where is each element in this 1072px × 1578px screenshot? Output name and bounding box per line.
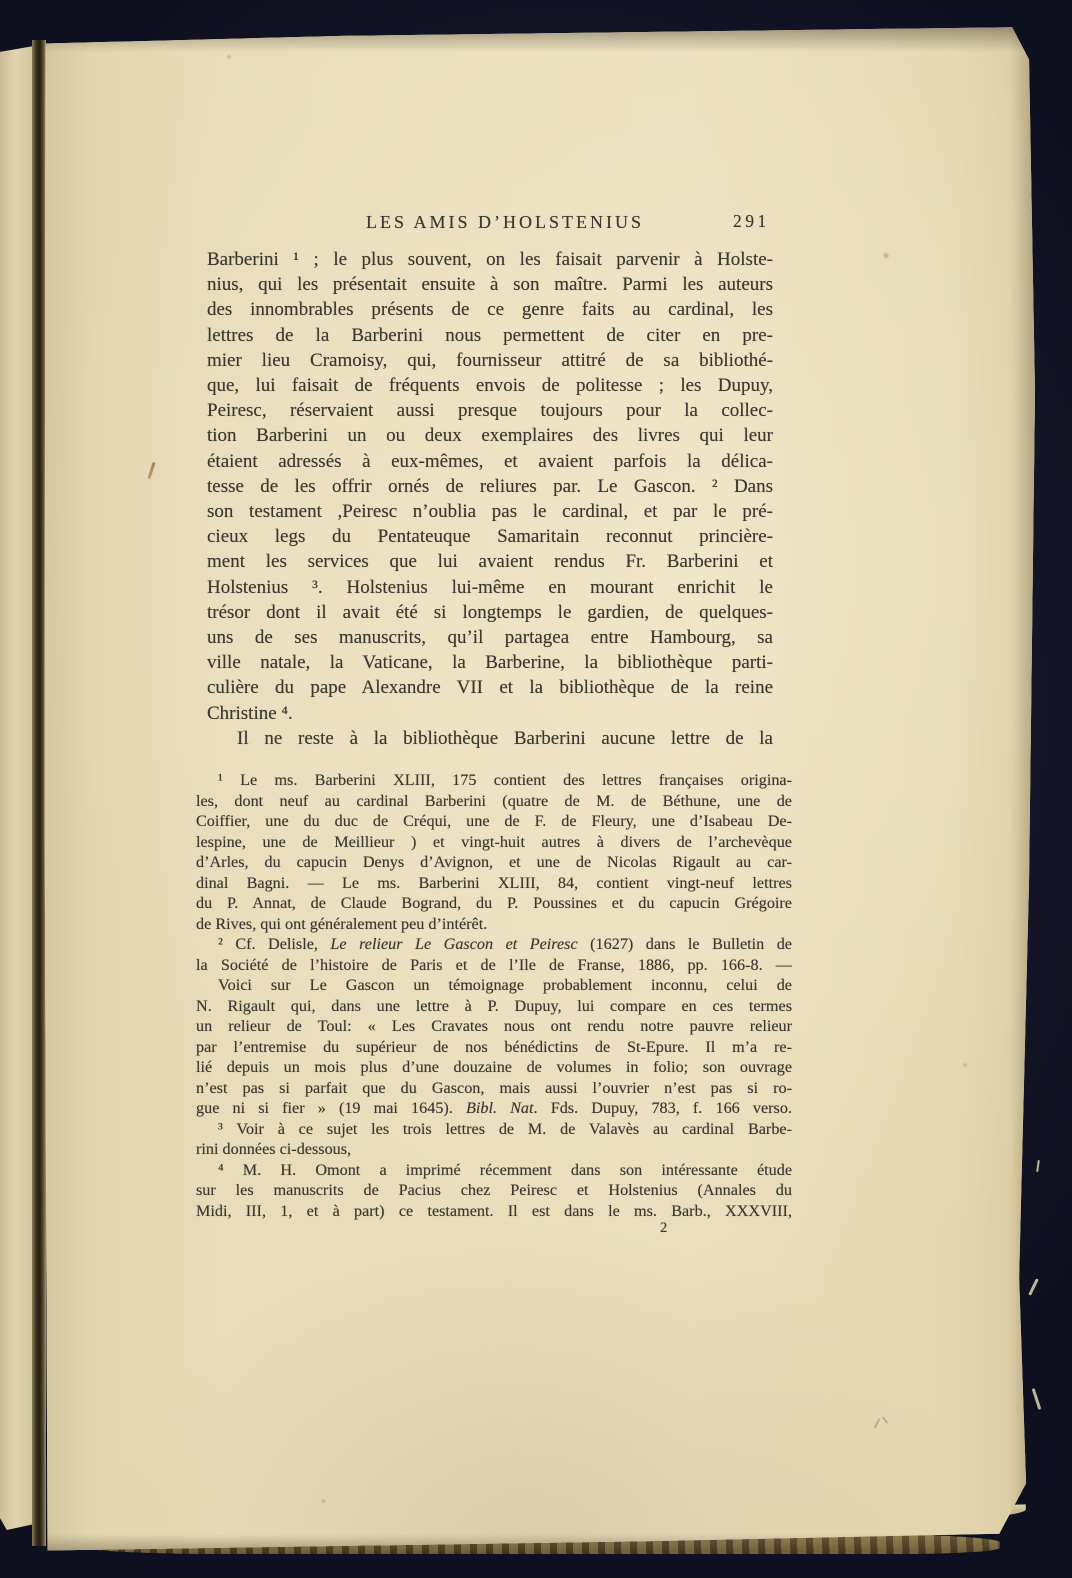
text-segment: (1627) dans le Bulletin de [578,935,792,953]
paragraph-continuation: Barberini ¹ ; le plus souvent, on les fa… [207,247,773,726]
signature-mark: 2 [660,1220,667,1237]
text-line: Barberini ¹ ; le plus souvent, on les fa… [207,247,773,272]
foxing-spot [320,1498,327,1504]
running-header-title: LES AMIS D’HOLSTENIUS [366,212,644,233]
foxing-spot [962,1062,968,1068]
page-fore-edge-shadow [1010,26,1036,1552]
foxing-spot [226,54,232,60]
text-line: ¹ Le ms. Barberini XLIII, 175 contient d… [196,770,792,791]
italic-text: Bibl. Nat [466,1099,534,1117]
text-line: mier lieu Cramoisy, qui, fournisseur att… [207,348,773,373]
footnote-4: ⁴ M. H. Omont a imprimé récemment dans s… [196,1160,792,1222]
footnote-1: ¹ Le ms. Barberini XLIII, 175 contient d… [196,770,792,934]
footnote-3: ³ Voir à ce sujet les trois lettres de M… [196,1119,792,1160]
text-line: n’est pas si parfait que du Gascon, mais… [196,1078,792,1099]
text-line: étaient adressés à eux-mêmes, et avaient… [207,449,773,474]
text-line: tesse de les offrir ornés de reliures pa… [207,474,773,499]
text-line: N. Rigault qui, dans une lettre à P. Dup… [196,996,792,1017]
text-line: d’Arles, du capucin Denys d’Avignon, et … [196,852,792,873]
text-line: son testament ,Peiresc n’oublia pas le c… [207,499,773,524]
footnote-2: ² Cf. Delisle, Le relieur Le Gascon et P… [196,934,792,1119]
text-line: rini données ci-dessous, [196,1139,792,1160]
text-segment: . Fds. Dupuy, 783, f. 166 verso. [534,1099,792,1117]
text-line: tion Barberini un ou deux exemplaires de… [207,423,773,448]
text-line: Peiresc, réservaient aussi presque toujo… [207,398,773,423]
text-line: culière du pape Alexandre VII et la bibl… [207,675,773,700]
text-line: Coiffier, une du duc de Créqui, une de F… [196,811,792,832]
text-line: nius, qui les présentait ensuite à son m… [207,272,773,297]
text-line: dinal Bagni. — Le ms. Barberini XLIII, 8… [196,873,792,894]
text-line: que, lui faisait de fréquents envois de … [207,373,773,398]
text-line: les, dont neuf au cardinal Barberini (qu… [196,791,792,812]
text-line: ment les services que lui avaient rendus… [207,549,773,574]
text-line: lettres de la Barberini nous permettent … [207,323,773,348]
text-line: gue ni si fier » (19 mai 1645). Bibl. Na… [196,1098,792,1119]
text-line: Midi, III, 1, et à part) ce testament. I… [196,1201,792,1222]
paper-fiber [1036,1160,1040,1172]
page-top-shadow [44,26,1036,52]
text-line: uns de ses manuscrits, qu’il partagea en… [207,625,773,650]
text-line: Voici sur Le Gascon un témoignage probab… [196,975,792,996]
text-segment: ² Cf. Delisle, [218,935,330,953]
text-line: ⁴ M. H. Omont a imprimé récemment dans s… [196,1160,792,1181]
text-line: Christine ⁴. [207,701,773,726]
foxing-spot [882,252,890,259]
gutter-crease [32,40,46,1546]
text-line: sur les manuscrits de Pacius chez Peires… [196,1180,792,1201]
footnotes-section: ¹ Le ms. Barberini XLIII, 175 contient d… [196,770,792,1221]
text-line: lié depuis un mois plus d’une douzaine d… [196,1057,792,1078]
book-scan: LES AMIS D’HOLSTENIUS 291 Barberini ¹ ; … [0,0,1072,1578]
text-line: Il ne reste à la bibliothèque Barberini … [207,726,773,751]
paper-fiber [1032,1388,1042,1410]
paragraph: Il ne reste à la bibliothèque Barberini … [207,726,773,751]
facing-page-edge [0,46,34,1530]
text-line: ville natale, la Vaticane, la Barberine,… [207,650,773,675]
text-line: trésor dont il avait été si longtemps le… [207,600,773,625]
text-line: ² Cf. Delisle, Le relieur Le Gascon et P… [196,934,792,955]
paper-fiber [1028,1278,1039,1295]
text-line: cieux legs du Pentateuque Samaritain rec… [207,524,773,549]
page-number: 291 [733,211,770,232]
text-line: ³ Voir à ce sujet les trois lettres de M… [196,1119,792,1140]
text-segment: gue ni si fier » (19 mai 1645). [196,1099,466,1117]
text-line: par l’entremise du supérieur de nos béné… [196,1037,792,1058]
italic-text: Le relieur Le Gascon et Peiresc [330,935,577,953]
body-text: Barberini ¹ ; le plus souvent, on les fa… [207,247,773,751]
text-line: la Société de l’histoire de Paris et de … [196,955,792,976]
text-line: de Rives, qui ont généralement peu d’int… [196,914,792,935]
text-line: un relieur de Toul: « Les Cravates nous … [196,1016,792,1037]
text-line: Holstenius ³. Holstenius lui-même en mou… [207,575,773,600]
text-line: des innombrables présents de ce genre fa… [207,297,773,322]
text-line: du P. Annat, de Claude Bogrand, du P. Po… [196,893,792,914]
text-line: lespine, une de Meillieur ) et vingt-hui… [196,832,792,853]
